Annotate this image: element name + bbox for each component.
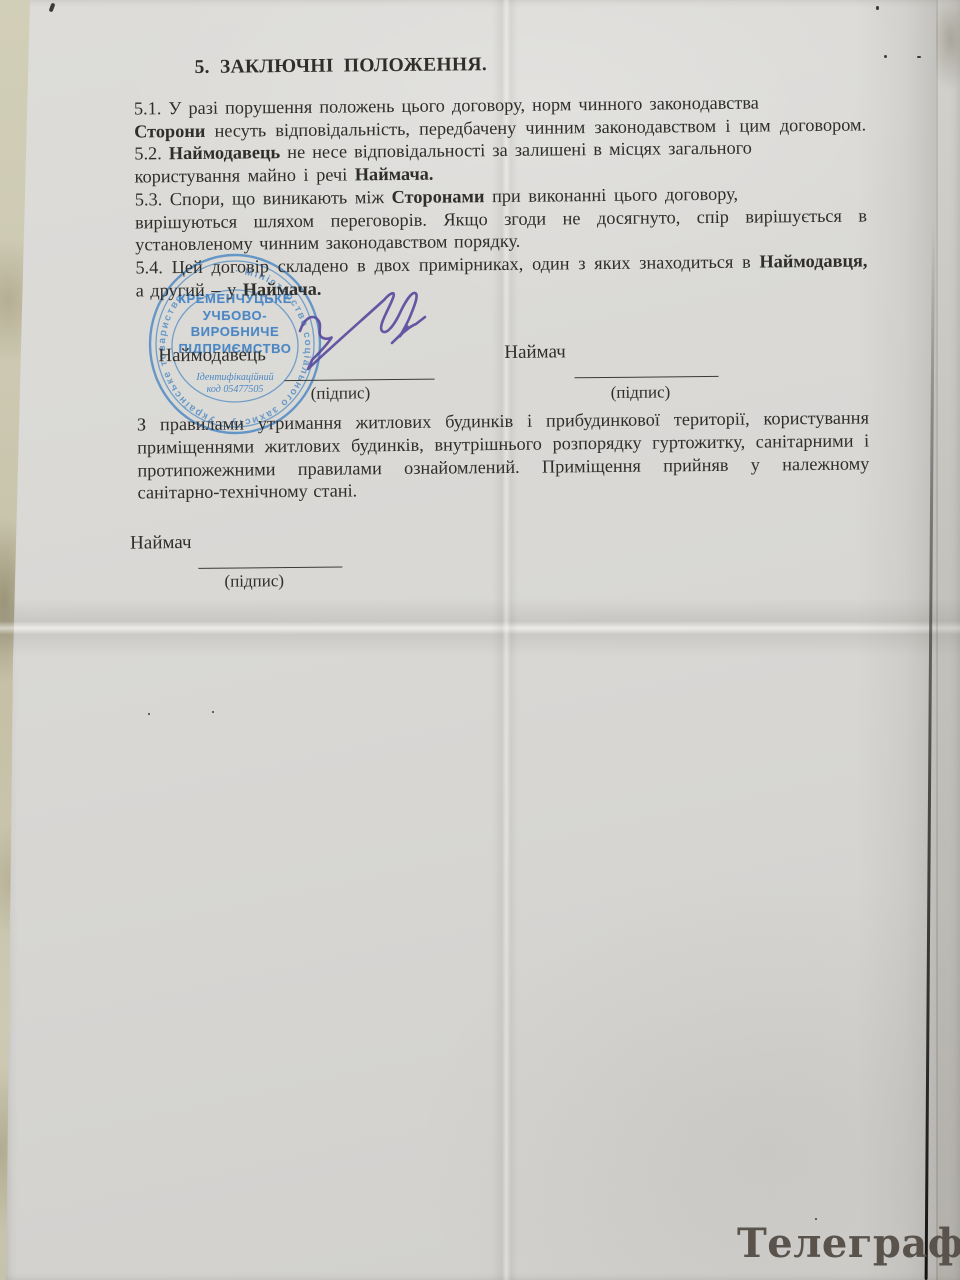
document-photo: · Міністерство соціального захисту · Укр… — [0, 0, 960, 1280]
ink-speck — [212, 711, 214, 713]
signature-stroke — [300, 293, 425, 369]
ink-speck — [148, 713, 150, 715]
watermark: ТелеграфЪ — [737, 1220, 960, 1267]
tenant2-signature-line — [198, 567, 342, 569]
acknowledgement-paragraph: З правилами утримання житлових будинків … — [137, 407, 870, 505]
text-segment: а другий – у — [136, 279, 243, 300]
text-segment: санітарно-технічному стані. — [138, 481, 358, 503]
bold-term: Наймача. — [355, 164, 434, 185]
text-segment: не несе відповідальності за залишені в м… — [280, 138, 752, 163]
ink-speck — [876, 6, 879, 10]
signature-row: Наймодавець (підпис) Наймач (підпис) — [136, 319, 869, 392]
typed-content: 5. ЗАКЛЮЧНІ ПОЛОЖЕННЯ. 5.1. У разі поруш… — [133, 50, 870, 592]
paper-edge-strip — [936, 0, 960, 1280]
watermark-main: Телеграф — [737, 1220, 960, 1267]
fold-crease-horizontal — [0, 598, 960, 656]
text-segment: 5.4. Цей договір складено в двох примірн… — [135, 251, 759, 277]
landlord-signature-caption: (підпис) — [311, 384, 371, 405]
ink-speck — [884, 55, 887, 58]
bold-term: Сторонами — [392, 186, 485, 207]
tenant2-label: Наймач — [130, 532, 192, 555]
landlord-signature-label: Наймодавець — [158, 345, 266, 368]
text-segment: при виконанні цього договору, — [484, 184, 738, 206]
tenant-signature-label: Наймач — [504, 342, 566, 365]
tenant-signature-line — [575, 376, 719, 378]
tenant-signature-caption: (підпис) — [611, 383, 671, 404]
bold-term: Сторони — [134, 121, 205, 142]
bold-term: Наймодавець — [169, 143, 280, 164]
ink-speck — [917, 56, 921, 58]
text-segment: користування майно і речі — [134, 165, 354, 187]
bold-term: Наймодавця, — [759, 250, 867, 271]
signature-ink — [288, 276, 453, 380]
text-segment: 5.3. Спори, що виникають між — [135, 187, 392, 209]
tenant-signature-block: Наймач (підпис) — [138, 526, 871, 593]
text-segment: 5.2. — [134, 144, 169, 164]
clauses-paragraphs: 5.1. У разі порушення положень цього дог… — [134, 90, 868, 301]
tenant2-caption: (підпис) — [224, 571, 284, 592]
text-segment: установленому чинним законодавством поря… — [135, 231, 520, 255]
